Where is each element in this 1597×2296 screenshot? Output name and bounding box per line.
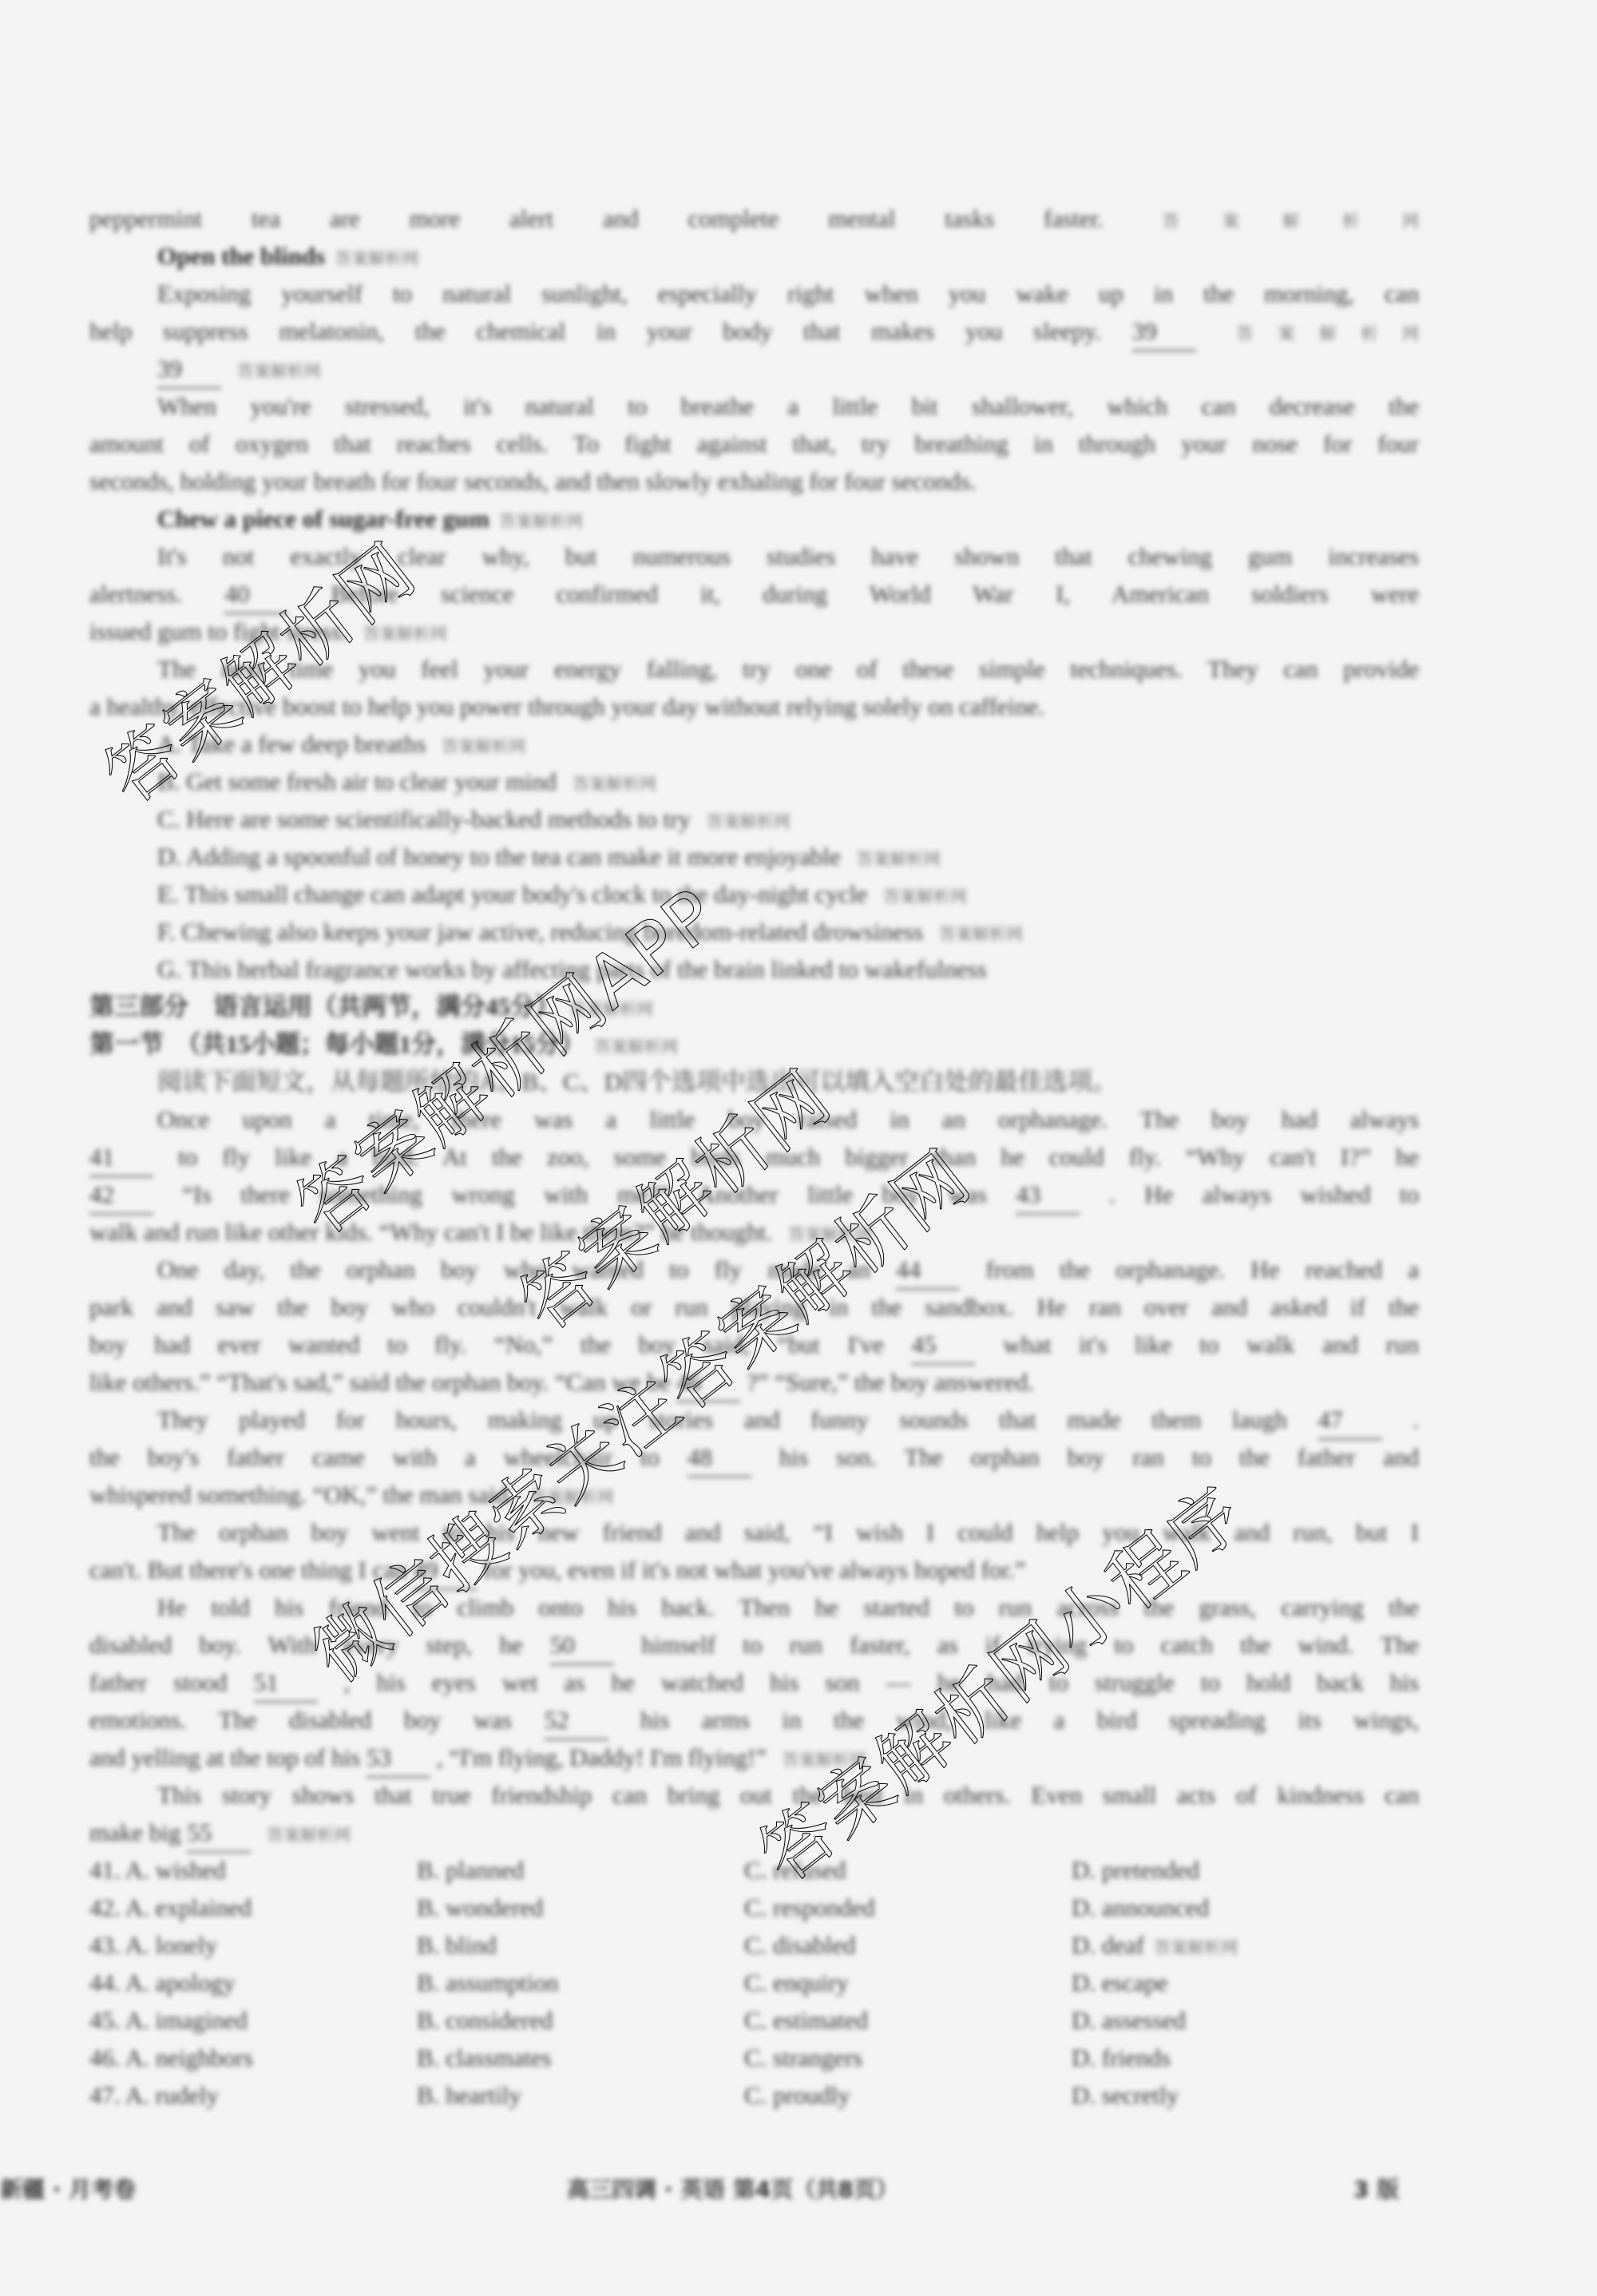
option-c: C. disabled: [744, 1926, 1072, 1967]
answer-blank: 55: [187, 1814, 251, 1853]
answer-blank: 52: [545, 1701, 608, 1740]
source-tag: 答案解析网: [499, 512, 583, 531]
passage-line: Open the blinds答案解析网: [89, 237, 1419, 278]
source-tag: 答案解析网: [1236, 324, 1419, 343]
cloze-line: and yelling at the top of his 53 , “I'm …: [89, 1739, 1419, 1779]
source-tag: 答案解析网: [335, 249, 418, 268]
option-row: 44. A. apologyB. assumptionC. enquiryD. …: [89, 1964, 1419, 2001]
option-b: B. planned: [417, 1851, 744, 1889]
passage-line: It's not exactly clear why, but numerous…: [89, 537, 1419, 575]
option-d: D. assessed: [1072, 2001, 1399, 2039]
option-row: 47. A. rudelyB. heartilyC. proudlyD. sec…: [89, 2076, 1419, 2114]
option-b: B. blind: [417, 1926, 744, 1967]
option-d: D. secretly: [1072, 2076, 1399, 2114]
answer-blank: 53: [367, 1739, 430, 1778]
option-d: D. announced: [1072, 1889, 1399, 1926]
option-a: 47. A. rudely: [89, 2076, 417, 2114]
cloze-line: father stood 51 , his eyes wet as he wat…: [89, 1664, 1419, 1703]
source-tag: 答案解析网: [856, 850, 940, 869]
option-c: C. strangers: [744, 2039, 1072, 2076]
source-tag: 答案解析网: [237, 362, 321, 381]
option-row: 45. A. imaginedB. consideredC. estimated…: [89, 2001, 1419, 2039]
footer-left: 新疆 · 月考卷: [0, 2172, 136, 2204]
option-d: D. friends: [1072, 2039, 1399, 2076]
answer-blank: 51: [254, 1664, 318, 1703]
option-c: C. proudly: [744, 2076, 1072, 2114]
option-d: D. deaf答案解析网: [1072, 1926, 1399, 1967]
answer-blank: 45: [911, 1326, 975, 1365]
option-row: 46. A. neighborsB. classmatesC. stranger…: [89, 2039, 1419, 2076]
source-tag: 答案解析网: [883, 887, 967, 906]
option-c: C. estimated: [744, 2001, 1072, 2039]
option-d: D. escape: [1072, 1964, 1399, 2001]
option-a: 42. A. explained: [89, 1889, 417, 1926]
option-row: 41. A. wishedB. plannedC. refusedD. pret…: [89, 1851, 1419, 1889]
passage-line: Exposing yourself to natural sunlight, e…: [89, 275, 1419, 312]
passage-line: When you're stressed, it's natural to br…: [89, 387, 1419, 425]
passage-line: seconds, holding your breath for four se…: [89, 462, 1419, 500]
option-b: B. considered: [417, 2001, 744, 2039]
answer-blank: 48: [688, 1438, 751, 1477]
cloze-line: disabled boy. With every step, he 50 him…: [89, 1626, 1419, 1665]
part-title: 第三部分 语言运用（共两节，满分45分）答案解析网: [89, 988, 1419, 1029]
passage-line: help suppress melatonin, the chemical in…: [89, 312, 1419, 353]
cloze-line: the boy's father came with a wheelchair …: [89, 1438, 1419, 1477]
option-b: B. classmates: [417, 2039, 744, 2076]
answer-blank: 43: [1016, 1176, 1080, 1215]
passage-line: Chew a piece of sugar-free gum答案解析网: [89, 500, 1419, 541]
option-a: 44. A. apology: [89, 1964, 417, 2001]
option-a: 43. A. lonely: [89, 1926, 417, 1967]
answer-blank: 42: [89, 1176, 153, 1215]
source-tag: 答案解析网: [442, 737, 525, 756]
cloze-line: emotions. The disabled boy was 52 his ar…: [89, 1701, 1419, 1740]
section-heading: Open the blinds: [157, 242, 325, 270]
section-heading: Chew a piece of sugar-free gum: [157, 505, 489, 533]
footer-right: 3 版: [1353, 2172, 1399, 2204]
footer-center: 高三四调 · 英语 第4页（共8页）: [567, 2172, 898, 2204]
answer-blank: 39: [157, 350, 221, 389]
option-item: E. This small change can adapt your body…: [89, 875, 1419, 916]
option-item: F. Chewing also keeps your jaw active, r…: [89, 913, 1419, 954]
passage-line: peppermint tea are more alert and comple…: [89, 200, 1419, 240]
answer-blank: 41: [89, 1138, 153, 1177]
source-tag: 答案解析网: [573, 775, 656, 794]
option-row: 43. A. lonelyB. blindC. disabledD. deaf答…: [89, 1926, 1419, 1967]
answer-blank: 47: [1318, 1401, 1382, 1440]
option-item: C. Here are some scientifically-backed m…: [89, 800, 1419, 841]
option-c: C. enquiry: [744, 1964, 1072, 2001]
option-b: B. wondered: [417, 1889, 744, 1926]
option-b: B. assumption: [417, 1964, 744, 2001]
section-title: 第一节 （共15小题；每小题1分，满分15分）答案解析网: [89, 1025, 1419, 1066]
cloze-line: walk and run like other kids. “Why can't…: [89, 1213, 1419, 1254]
source-tag: 答案解析网: [707, 812, 791, 831]
source-tag: 答案解析网: [1154, 1938, 1238, 1957]
option-item: A. Take a few deep breaths 答案解析网: [89, 725, 1419, 766]
option-b: B. heartily: [417, 2076, 744, 2114]
passage-line: amount of oxygen that reaches cells. To …: [89, 425, 1419, 462]
option-a: 45. A. imagined: [89, 2001, 417, 2039]
option-a: 41. A. wished: [89, 1851, 417, 1889]
source-tag: 答案解析网: [939, 925, 1023, 944]
option-a: 46. A. neighbors: [89, 2039, 417, 2076]
option-row: 42. A. explainedB. wonderedC. respondedD…: [89, 1889, 1419, 1926]
source-tag: 答案解析网: [267, 1826, 351, 1845]
answer-blank: 39: [1132, 312, 1196, 351]
answer-blank: 50: [550, 1626, 614, 1665]
option-item: D. Adding a spoonful of honey to the tea…: [89, 838, 1419, 878]
cloze-line: They played for hours, making up stories…: [89, 1401, 1419, 1440]
passage-line: 39 答案解析网: [89, 350, 1419, 391]
source-tag: 答案解析网: [1163, 212, 1419, 231]
option-item: G. This herbal fragrance works by affect…: [89, 950, 1419, 988]
option-d: D. pretended: [1072, 1851, 1399, 1889]
option-item: B. Get some fresh air to clear your mind…: [89, 763, 1419, 803]
